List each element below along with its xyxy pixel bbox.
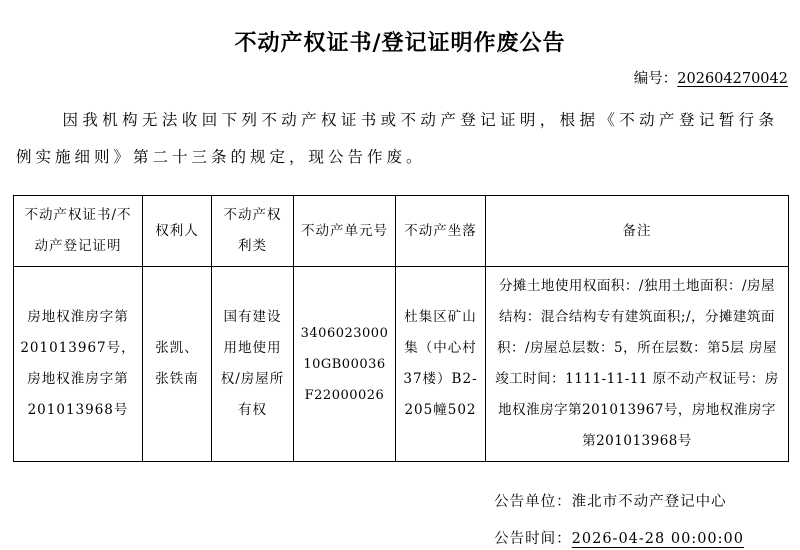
announcement-page: 不动产权证书/登记证明作废公告 编号：202604270042 因我机构无法收回…	[0, 0, 800, 550]
header-location: 不动产坐落	[396, 196, 486, 267]
cell-unit-no: 340602300010GB00036F22000026	[294, 267, 396, 462]
footer-time-line: 公告时间：2026-04-28 00:00:00	[494, 529, 744, 549]
table-row: 房地权淮房字第201013967号，房地权淮房字第201013968号 张凯、张…	[14, 267, 789, 462]
footer-unit-value: 淮北市不动产登记中心	[572, 494, 727, 510]
footer-time-value: 2026-04-28 00:00:00	[572, 531, 744, 547]
header-unit-no: 不动产单元号	[294, 196, 396, 267]
invalidation-table: 不动产权证书/不动产登记证明 权利人 不动产权利类 不动产单元号 不动产坐落 备…	[13, 195, 789, 462]
cell-certificate-no: 房地权淮房字第201013967号，房地权淮房字第201013968号	[14, 267, 143, 462]
announcement-body-text: 因我机构无法收回下列不动产权证书或不动产登记证明，根据《不动产登记暂行条例实施细…	[16, 102, 778, 176]
cell-holder: 张凯、张铁南	[143, 267, 212, 462]
cell-remarks: 分摊土地使用权面积：/独用土地面积：/房屋结构：混合结构专有建筑面积;/，分摊建…	[486, 267, 789, 462]
footer-unit-line: 公告单位：淮北市不动产登记中心	[494, 492, 744, 512]
header-remarks: 备注	[486, 196, 789, 267]
footer-unit-label: 公告单位：	[494, 494, 572, 510]
header-certificate-no: 不动产权证书/不动产登记证明	[14, 196, 143, 267]
doc-number-value: 202604270042	[677, 71, 788, 87]
doc-number-row: 编号：202604270042	[0, 67, 800, 88]
page-title: 不动产权证书/登记证明作废公告	[0, 26, 800, 57]
cell-right-type: 国有建设用地使用权/房屋所有权	[212, 267, 294, 462]
doc-number-label: 编号：	[634, 71, 678, 87]
table-header-row: 不动产权证书/不动产登记证明 权利人 不动产权利类 不动产单元号 不动产坐落 备…	[14, 196, 789, 267]
header-holder: 权利人	[143, 196, 212, 267]
footer-block: 公告单位：淮北市不动产登记中心 公告时间：2026-04-28 00:00:00	[494, 492, 744, 549]
cell-location: 杜集区矿山集（中心村37楼）B2-205幢502	[396, 267, 486, 462]
header-right-type: 不动产权利类	[212, 196, 294, 267]
footer-time-label: 公告时间：	[494, 531, 572, 547]
